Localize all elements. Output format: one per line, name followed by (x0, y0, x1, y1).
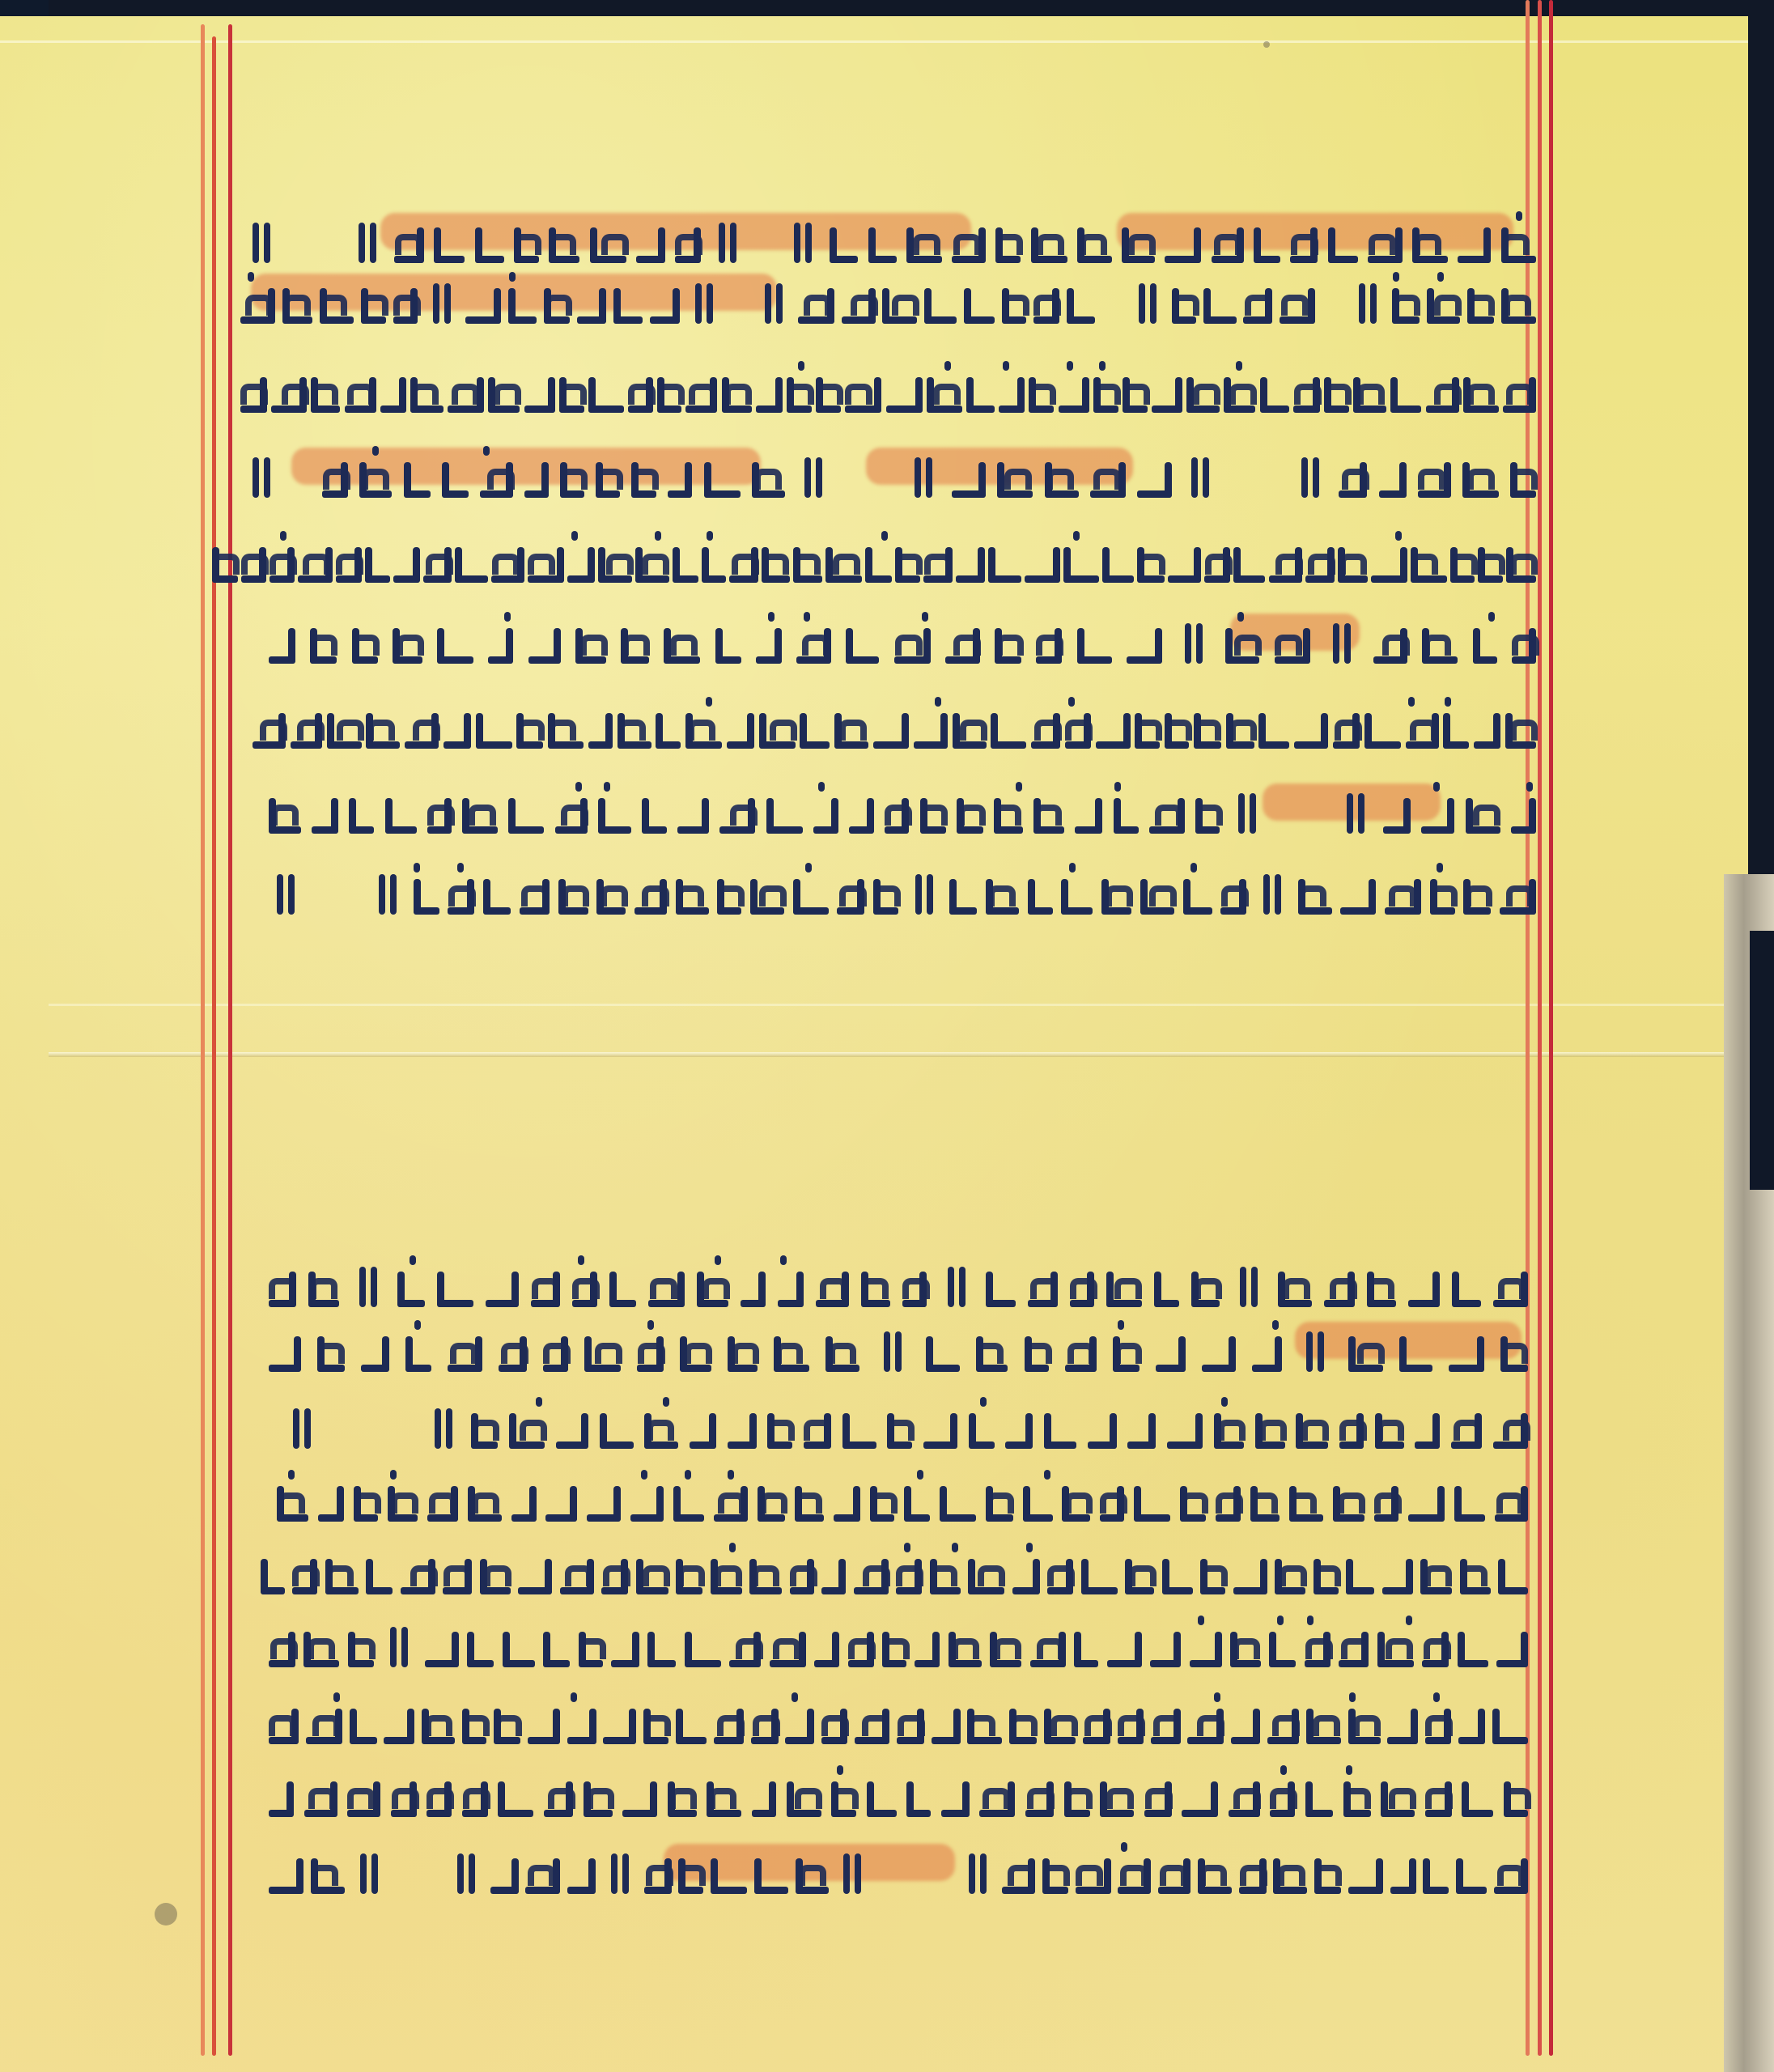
script-glyph (1474, 711, 1500, 749)
script-glyph (924, 287, 957, 324)
script-glyph (1186, 376, 1220, 413)
script-glyph (952, 461, 986, 498)
script-glyph (1324, 1270, 1355, 1307)
script-glyph (336, 546, 362, 583)
script-glyph (476, 711, 512, 749)
script-glyph (1023, 1484, 1053, 1522)
script-glyph (1273, 1857, 1307, 1894)
script-glyph (600, 1412, 634, 1449)
script-glyph (1348, 1335, 1383, 1372)
script-glyph (361, 287, 386, 324)
script-glyph (902, 1270, 927, 1307)
double-danda (1331, 622, 1352, 664)
script-glyph (778, 1270, 804, 1307)
script-glyph (1377, 1630, 1414, 1667)
script-glyph (930, 1557, 961, 1594)
script-glyph (750, 877, 784, 915)
script-glyph (303, 1630, 339, 1667)
script-glyph (906, 1780, 931, 1817)
script-glyph (635, 546, 669, 583)
script-glyph (1421, 796, 1454, 834)
margin-rule-left (201, 24, 205, 2056)
script-glyph (717, 877, 741, 915)
script-glyph (304, 1780, 337, 1817)
script-glyph (648, 1270, 685, 1307)
script-glyph (968, 1557, 1004, 1594)
manuscript-line (210, 526, 1538, 583)
script-glyph (1044, 1707, 1076, 1744)
script-glyph (990, 1630, 1021, 1667)
script-glyph (1290, 226, 1318, 263)
script-glyph (555, 796, 588, 834)
script-glyph (1506, 546, 1536, 583)
script-glyph (702, 546, 726, 583)
script-glyph (842, 1412, 876, 1449)
script-glyph (361, 1335, 389, 1372)
script-glyph (940, 1484, 976, 1522)
script-glyph (821, 1557, 846, 1594)
script-glyph (1113, 1335, 1140, 1372)
script-glyph (1324, 376, 1349, 413)
script-glyph (1216, 1484, 1241, 1522)
script-glyph (1194, 711, 1221, 749)
script-glyph (491, 546, 524, 583)
script-glyph (588, 376, 624, 413)
script-glyph (1165, 226, 1201, 263)
script-glyph (999, 376, 1025, 413)
script-glyph (524, 461, 549, 498)
script-glyph (448, 877, 474, 915)
script-glyph (1214, 1412, 1244, 1449)
script-glyph (915, 1630, 940, 1667)
script-glyph (241, 546, 266, 583)
script-glyph (609, 1270, 636, 1307)
script-glyph (488, 376, 520, 413)
script-glyph (567, 546, 595, 583)
script-glyph (1144, 1780, 1172, 1817)
script-glyph (437, 1270, 473, 1307)
script-glyph (1501, 226, 1536, 263)
script-glyph (410, 376, 443, 413)
script-glyph (637, 1335, 664, 1372)
script-glyph (350, 1707, 377, 1744)
script-glyph (642, 796, 667, 834)
script-glyph (1059, 376, 1089, 413)
script-glyph (1137, 461, 1172, 498)
double-danda (609, 1852, 630, 1894)
script-glyph (277, 1484, 308, 1522)
script-glyph (488, 626, 513, 664)
double-danda (882, 1330, 903, 1372)
script-glyph (749, 1557, 782, 1594)
script-glyph (486, 1270, 519, 1307)
script-glyph (1140, 877, 1174, 915)
double-danda (842, 1852, 863, 1894)
script-glyph (508, 796, 544, 834)
script-glyph (770, 1630, 806, 1667)
script-glyph (729, 546, 758, 583)
script-glyph (1025, 1780, 1054, 1817)
script-glyph (1452, 1270, 1481, 1307)
script-glyph (715, 626, 741, 664)
manuscript-line (267, 1837, 1530, 1894)
script-glyph (1191, 1270, 1220, 1307)
double-danda (251, 221, 272, 263)
script-glyph (680, 1335, 711, 1372)
script-glyph (920, 796, 946, 834)
script-glyph (601, 1557, 628, 1594)
script-glyph (462, 796, 498, 834)
script-glyph (1260, 376, 1289, 413)
script-glyph (427, 796, 452, 834)
script-glyph (516, 711, 543, 749)
script-glyph (443, 1557, 472, 1594)
script-glyph (1106, 1270, 1142, 1307)
script-glyph (480, 461, 513, 498)
script-glyph (932, 1707, 961, 1744)
script-glyph (1172, 287, 1196, 324)
script-glyph (766, 796, 803, 834)
script-glyph (631, 461, 656, 498)
script-glyph (1151, 1707, 1181, 1744)
double-danda (946, 1265, 967, 1307)
script-glyph (1152, 376, 1182, 413)
script-glyph (1125, 1557, 1154, 1594)
script-glyph (1030, 1630, 1066, 1667)
script-glyph (1443, 711, 1469, 749)
script-glyph (1195, 796, 1220, 834)
script-glyph (914, 711, 948, 749)
script-glyph (867, 1780, 897, 1817)
script-glyph (634, 877, 667, 915)
script-glyph (1408, 1484, 1445, 1522)
script-glyph (405, 711, 439, 749)
script-glyph (1258, 711, 1289, 749)
script-glyph (1466, 796, 1500, 834)
script-glyph (318, 1484, 344, 1522)
manuscript-line (275, 1465, 1530, 1522)
script-glyph (448, 376, 484, 413)
double-danda (1300, 456, 1321, 498)
script-glyph (559, 376, 584, 413)
script-glyph (1278, 1270, 1312, 1307)
script-glyph (1156, 1335, 1186, 1372)
script-glyph (690, 1412, 716, 1449)
script-glyph (404, 461, 431, 498)
script-glyph (1504, 1780, 1528, 1817)
script-glyph (524, 376, 555, 413)
script-glyph (714, 1484, 748, 1522)
script-glyph (1305, 1630, 1330, 1667)
script-glyph (1036, 626, 1062, 664)
script-glyph (1096, 711, 1131, 749)
script-glyph (1212, 226, 1244, 263)
script-glyph (1387, 1707, 1418, 1744)
manuscript-line (251, 692, 1538, 749)
script-glyph (1029, 376, 1054, 413)
script-glyph (1375, 1412, 1404, 1449)
script-glyph (873, 877, 898, 915)
script-glyph (1458, 1630, 1488, 1667)
script-glyph (1314, 1557, 1339, 1594)
script-glyph (543, 1630, 570, 1667)
script-glyph (393, 546, 420, 583)
double-danda (1190, 456, 1211, 498)
script-glyph (1077, 226, 1112, 263)
script-glyph (837, 877, 864, 915)
script-glyph (995, 626, 1021, 664)
script-glyph (240, 287, 275, 324)
script-glyph (1254, 226, 1280, 263)
script-glyph (1149, 796, 1185, 834)
double-danda (914, 873, 935, 915)
script-glyph (312, 796, 338, 834)
script-glyph (949, 1630, 982, 1667)
script-glyph (722, 376, 752, 413)
script-glyph (544, 287, 570, 324)
script-glyph (1028, 877, 1053, 915)
script-glyph (941, 1780, 970, 1817)
script-glyph (1422, 626, 1458, 664)
margin-rule-left (228, 24, 232, 2056)
script-glyph (1031, 711, 1060, 749)
script-glyph (1367, 1270, 1396, 1307)
script-glyph (800, 711, 830, 749)
script-glyph (1009, 1707, 1037, 1744)
script-glyph (448, 1335, 482, 1372)
script-glyph (1505, 711, 1536, 749)
script-glyph (1243, 287, 1272, 324)
script-glyph (1081, 1557, 1118, 1594)
script-glyph (729, 1630, 761, 1667)
script-glyph (1114, 796, 1139, 834)
script-glyph (1423, 1857, 1449, 1894)
margin-rule-left (212, 36, 216, 2056)
script-glyph (728, 1335, 758, 1372)
script-glyph (1493, 1270, 1528, 1307)
script-glyph (685, 376, 717, 413)
script-glyph (647, 1630, 676, 1667)
double-danda (251, 456, 272, 498)
script-glyph (1406, 711, 1439, 749)
script-glyph (1255, 1412, 1285, 1449)
script-glyph (292, 1557, 317, 1594)
script-glyph (359, 461, 392, 498)
script-glyph (514, 226, 539, 263)
script-glyph (1127, 1412, 1156, 1449)
script-glyph (986, 877, 1019, 915)
script-glyph (1353, 376, 1386, 413)
script-glyph (1379, 461, 1407, 498)
script-glyph (480, 1557, 511, 1594)
manuscript-line (283, 1392, 1530, 1449)
script-glyph (1500, 1335, 1528, 1372)
script-glyph (644, 1412, 678, 1449)
script-glyph (1495, 1484, 1528, 1522)
double-danda (803, 456, 824, 498)
script-glyph (834, 711, 868, 749)
script-glyph (385, 796, 417, 834)
double-danda (456, 1852, 477, 1894)
script-glyph (887, 1412, 912, 1449)
double-danda (717, 221, 738, 263)
script-glyph (1374, 1484, 1398, 1522)
script-glyph (787, 1780, 821, 1817)
script-glyph (579, 1630, 603, 1667)
script-glyph (442, 461, 469, 498)
script-glyph (711, 1857, 747, 1894)
script-glyph (1067, 287, 1095, 324)
script-glyph (1348, 1707, 1381, 1744)
script-glyph (1101, 877, 1131, 915)
script-glyph (388, 1484, 418, 1522)
script-glyph (310, 626, 337, 664)
double-danda (792, 221, 813, 263)
script-glyph (1430, 877, 1455, 915)
script-glyph (1150, 1630, 1181, 1667)
script-glyph (664, 626, 700, 664)
script-glyph (685, 711, 722, 749)
manuscript-line (239, 356, 1538, 413)
script-glyph (894, 626, 931, 664)
script-glyph (1127, 626, 1162, 664)
script-glyph (1408, 1270, 1440, 1307)
script-glyph (1500, 877, 1536, 915)
script-glyph (751, 1707, 779, 1744)
script-glyph (1162, 1557, 1193, 1594)
script-glyph (895, 546, 920, 583)
script-glyph (401, 1557, 435, 1594)
script-glyph (558, 877, 588, 915)
script-glyph (885, 796, 909, 834)
double-danda (433, 1407, 454, 1449)
script-glyph (348, 1630, 374, 1667)
script-glyph (1202, 1335, 1236, 1372)
script-glyph (1224, 376, 1255, 413)
script-glyph (814, 1630, 839, 1667)
script-glyph (1498, 1557, 1528, 1594)
script-glyph (366, 711, 400, 749)
script-glyph (793, 877, 829, 915)
script-glyph (1182, 1780, 1218, 1817)
script-glyph (1042, 1857, 1068, 1894)
manuscript-line (267, 1760, 1530, 1817)
double-danda (694, 282, 715, 324)
script-glyph (584, 1780, 613, 1817)
script-glyph (1511, 796, 1536, 834)
script-glyph (1503, 376, 1536, 413)
script-glyph (956, 546, 985, 583)
script-glyph (1200, 1557, 1225, 1594)
script-glyph (896, 1557, 922, 1594)
script-glyph (298, 546, 333, 583)
script-glyph (1077, 626, 1112, 664)
script-glyph (861, 1270, 890, 1307)
script-glyph (1005, 1412, 1033, 1449)
script-glyph (979, 1780, 1015, 1817)
script-glyph (405, 1335, 431, 1372)
script-glyph (1270, 1780, 1295, 1817)
script-glyph (483, 877, 511, 915)
script-glyph (269, 546, 295, 583)
script-glyph (1063, 546, 1099, 583)
script-glyph (1510, 461, 1536, 498)
script-glyph (1449, 1335, 1484, 1372)
script-glyph (613, 287, 643, 324)
margin-rule-right (1538, 0, 1542, 2056)
script-glyph (1314, 1857, 1341, 1894)
script-glyph (923, 1412, 957, 1449)
script-glyph (849, 796, 874, 834)
script-glyph (1100, 1484, 1124, 1522)
script-glyph (443, 711, 471, 749)
script-glyph (269, 1335, 301, 1372)
script-glyph (422, 1707, 455, 1744)
script-glyph (1289, 1484, 1323, 1522)
double-danda (388, 1625, 410, 1667)
script-glyph (1339, 1412, 1364, 1449)
script-glyph (1456, 1857, 1487, 1894)
script-glyph (391, 1780, 417, 1817)
script-glyph (462, 1707, 486, 1744)
script-glyph (697, 1270, 728, 1307)
script-glyph (1267, 1707, 1299, 1744)
script-glyph (584, 1335, 621, 1372)
script-glyph (1305, 1780, 1333, 1817)
script-glyph (668, 461, 692, 498)
top-crease (0, 40, 1748, 43)
script-glyph (1135, 711, 1160, 749)
script-glyph (1364, 711, 1401, 749)
script-glyph (1123, 376, 1148, 413)
script-glyph (966, 376, 995, 413)
script-glyph (882, 1630, 906, 1667)
script-glyph (575, 626, 606, 664)
manuscript-line (243, 206, 1538, 263)
script-glyph (1492, 1707, 1528, 1744)
script-glyph (1390, 1857, 1416, 1894)
script-glyph (976, 1335, 1008, 1372)
script-glyph (1061, 877, 1093, 915)
script-glyph (1305, 546, 1335, 583)
script-glyph (964, 287, 995, 324)
script-glyph (825, 1335, 859, 1372)
script-glyph (1233, 546, 1265, 583)
double-danda (275, 873, 296, 915)
script-glyph (1239, 1857, 1267, 1894)
script-glyph (834, 1484, 860, 1522)
script-glyph (1306, 1707, 1341, 1744)
script-glyph (1462, 461, 1499, 498)
script-glyph (1075, 796, 1102, 834)
script-glyph (986, 1484, 1013, 1522)
script-glyph (1415, 1412, 1440, 1449)
script-glyph (758, 1484, 785, 1522)
script-glyph (636, 226, 665, 263)
script-glyph (945, 626, 980, 664)
script-glyph (790, 1557, 814, 1594)
script-glyph (354, 1484, 378, 1522)
script-glyph (1198, 1857, 1232, 1894)
script-glyph (427, 1780, 452, 1817)
script-glyph (427, 1484, 458, 1522)
script-glyph (1478, 546, 1503, 583)
script-glyph (754, 1857, 788, 1894)
script-glyph (845, 376, 881, 413)
double-danda (763, 282, 784, 324)
script-glyph (434, 226, 465, 263)
script-glyph (1167, 1412, 1203, 1449)
